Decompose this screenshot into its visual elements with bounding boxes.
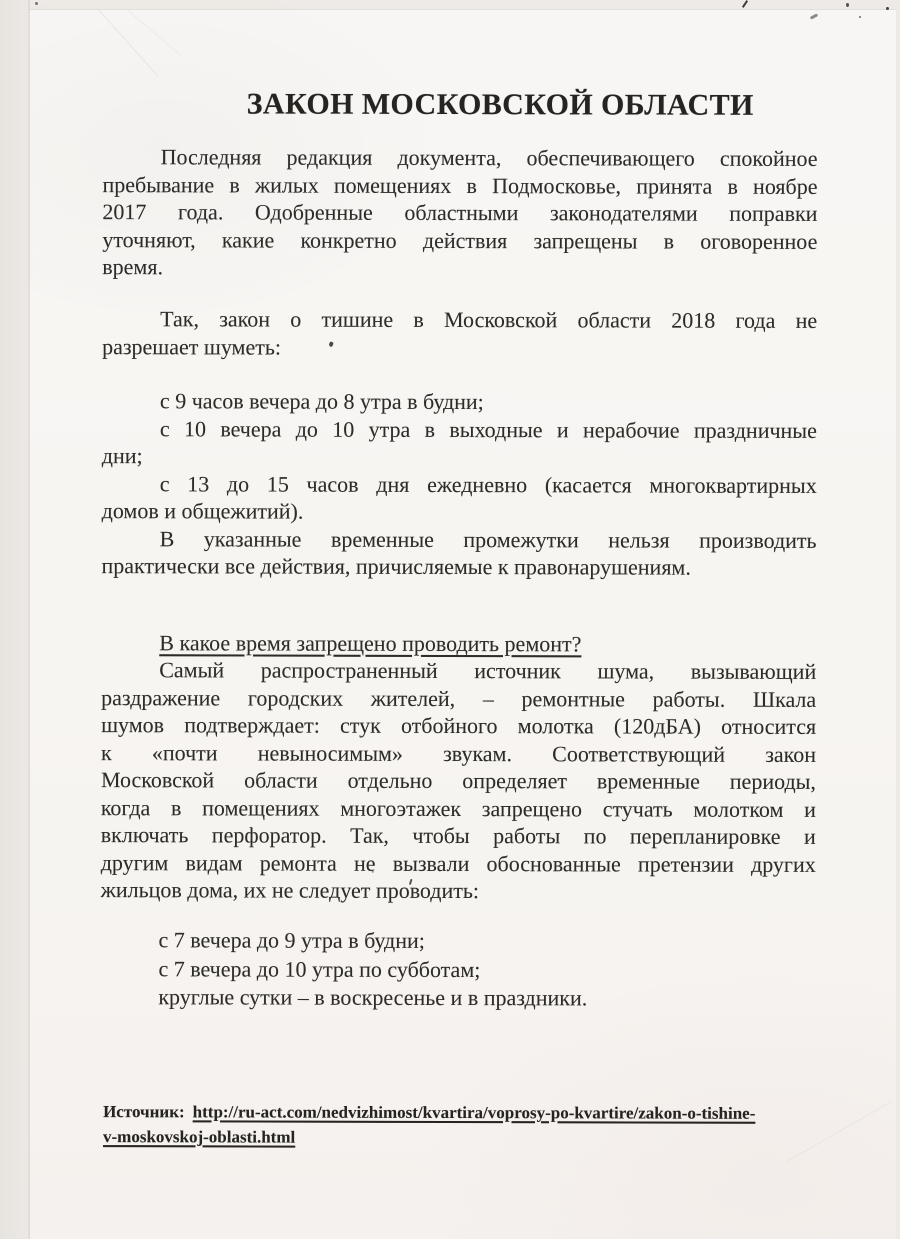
paragraph-line: Так, закон о тишине в Московской области… [102, 305, 817, 334]
scan-artifact-dot [372, 871, 374, 873]
paragraph-line: пребывание в жилых помещениях в Подмоско… [102, 171, 817, 200]
list-item: домов и общежитий). [102, 497, 817, 526]
source-url: http://ru-act.com/nedvizhimost/kvartira/… [193, 1102, 756, 1122]
list-item: дни; [102, 442, 817, 471]
paragraph-line: время. [102, 253, 817, 282]
paper-edge-line [28, 0, 30, 1239]
list-item: с 13 до 15 часов дня ежедневно (касается… [102, 470, 817, 499]
paragraph-line: практически все действия, причисляемые к… [101, 552, 816, 581]
paragraph-line: 2017 года. Одобренные областными законод… [102, 198, 817, 227]
source-line: Источник:http://ru-act.com/nedvizhimost/… [103, 1099, 873, 1151]
paragraph-line: В указанные временные промежутки нельзя … [102, 525, 817, 554]
repair-hours-list: с 7 вечера до 9 утра в будни; с 7 вечера… [100, 926, 815, 1013]
paragraph-line: Московской области отдельно определяет в… [101, 766, 816, 795]
intro-paragraph: Последняя редакция документа, обеспечива… [102, 143, 817, 282]
scan-artifact-speck [886, 7, 889, 10]
page-content: ЗАКОН МОСКОВСКОЙ ОБЛАСТИ Последняя редак… [0, 0, 900, 1239]
quiet-hours-list: с 9 часов вечера до 8 утра в будни; с 10… [101, 387, 817, 581]
repair-paragraph: Самый распространенный источник шума, вы… [101, 656, 817, 905]
scan-left-edge [0, 0, 28, 1239]
list-item: круглые сутки – в воскресенье и в праздн… [100, 983, 815, 1013]
source-label: Источник: [103, 1102, 185, 1121]
paper-crease [119, 3, 181, 55]
paragraph-line: жильцов дома, их не следует проводить: [101, 876, 816, 905]
paper-crease [94, 5, 158, 76]
paragraph-line: разрешает шуметь: [102, 333, 817, 362]
scan-right-edge [896, 0, 900, 1239]
document-title: ЗАКОН МОСКОВСКОЙ ОБЛАСТИ [143, 87, 858, 123]
section-heading-text: В какое время запрещено проводить ремонт… [159, 630, 581, 656]
scan-artifact-speck [35, 2, 38, 5]
law-2018-paragraph: Так, закон о тишине в Московской области… [102, 305, 817, 362]
paragraph-line: другим видам ремонта не вызвали обоснова… [101, 849, 816, 878]
list-item: с 7 вечера до 10 утра по субботам; [100, 955, 815, 985]
list-item: с 7 вечера до 9 утра в будни; [100, 926, 815, 956]
paragraph-line: уточняют, какие конкретно действия запре… [102, 226, 817, 255]
paragraph-line: шумов подтверждает: стук отбойного молот… [101, 711, 816, 740]
scanned-page: ЗАКОН МОСКОВСКОЙ ОБЛАСТИ Последняя редак… [0, 0, 900, 1239]
scan-artifact-speck [859, 16, 861, 18]
paragraph-line: к «почти невыносимым» звукам. Соответств… [101, 739, 816, 768]
paragraph-line: включать перфоратор. Так, чтобы работы п… [101, 821, 816, 850]
paragraph-line: раздражение городских жителей, – ремонтн… [101, 684, 816, 713]
paragraph-line: Последняя редакция документа, обеспечива… [103, 143, 818, 172]
list-item: с 10 вечера до 10 утра в выходные и нера… [102, 415, 817, 444]
source-url: v-moskovskoj-oblasti.html [103, 1127, 295, 1147]
section-heading: В какое время запрещено проводить ремонт… [101, 629, 816, 658]
paragraph-line: Самый распространенный источник шума, вы… [101, 656, 816, 685]
scan-top-edge [0, 0, 900, 10]
list-item: с 9 часов вечера до 8 утра в будни; [102, 387, 817, 416]
scan-artifact-speck [846, 3, 849, 7]
paragraph-line: когда в помещениях многоэтажек запрещено… [101, 794, 816, 823]
